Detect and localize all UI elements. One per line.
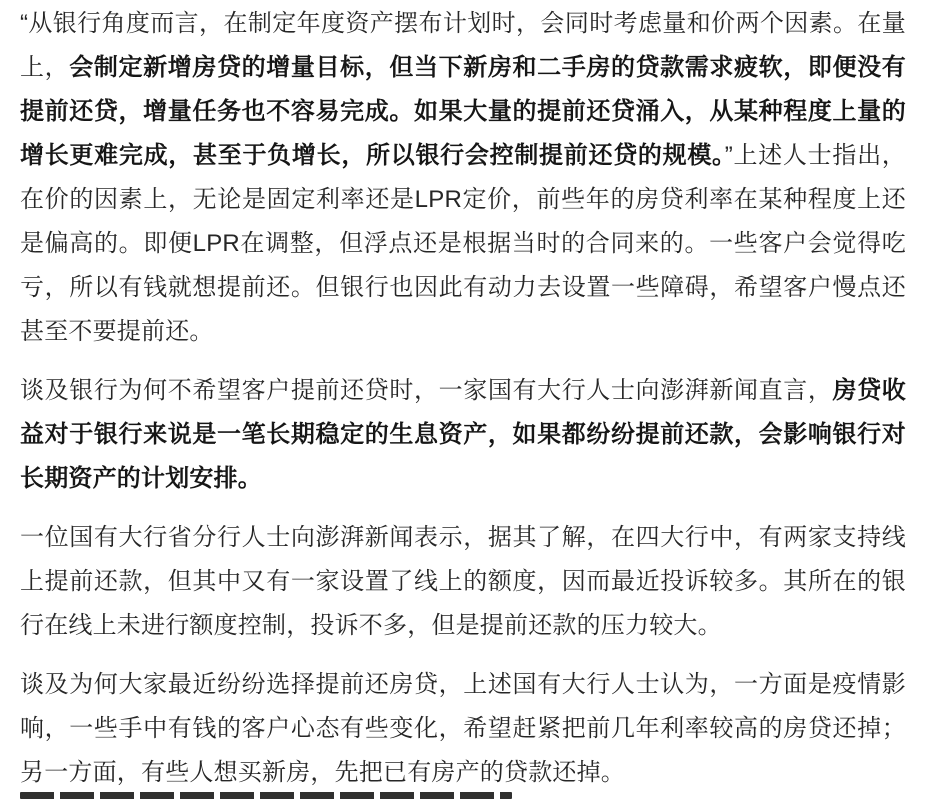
body-text: 谈及为何大家最近纷纷选择提前还房贷，上述国有大行人士认为，一方面是疫情影响，一些… — [20, 671, 906, 786]
article-paragraph: 谈及为何大家最近纷纷选择提前还房贷，上述国有大行人士认为，一方面是疫情影响，一些… — [20, 663, 906, 795]
clipped-next-line — [20, 792, 512, 799]
article-paragraph: 谈及银行为何不希望客户提前还贷时，一家国有大行人士向澎湃新闻直言，房贷收益对于银… — [20, 369, 906, 501]
body-text: 谈及银行为何不希望客户提前还贷时，一家国有大行人士向澎湃新闻直言， — [20, 377, 833, 404]
body-text: ”上述人士指出，在价的因素上，无论是固定利率还是LPR定价，前些年的房贷利率在某… — [20, 142, 906, 345]
article-paragraph: “从银行角度而言，在制定年度资产摆布计划时，会同时考虑量和价两个因素。在量上，会… — [20, 2, 906, 354]
article-body: “从银行角度而言，在制定年度资产摆布计划时，会同时考虑量和价两个因素。在量上，会… — [0, 0, 926, 795]
body-text: 一位国有大行省分行人士向澎湃新闻表示，据其了解，在四大行中，有两家支持线上提前还… — [20, 524, 906, 639]
article-paragraph: 一位国有大行省分行人士向澎湃新闻表示，据其了解，在四大行中，有两家支持线上提前还… — [20, 516, 906, 648]
